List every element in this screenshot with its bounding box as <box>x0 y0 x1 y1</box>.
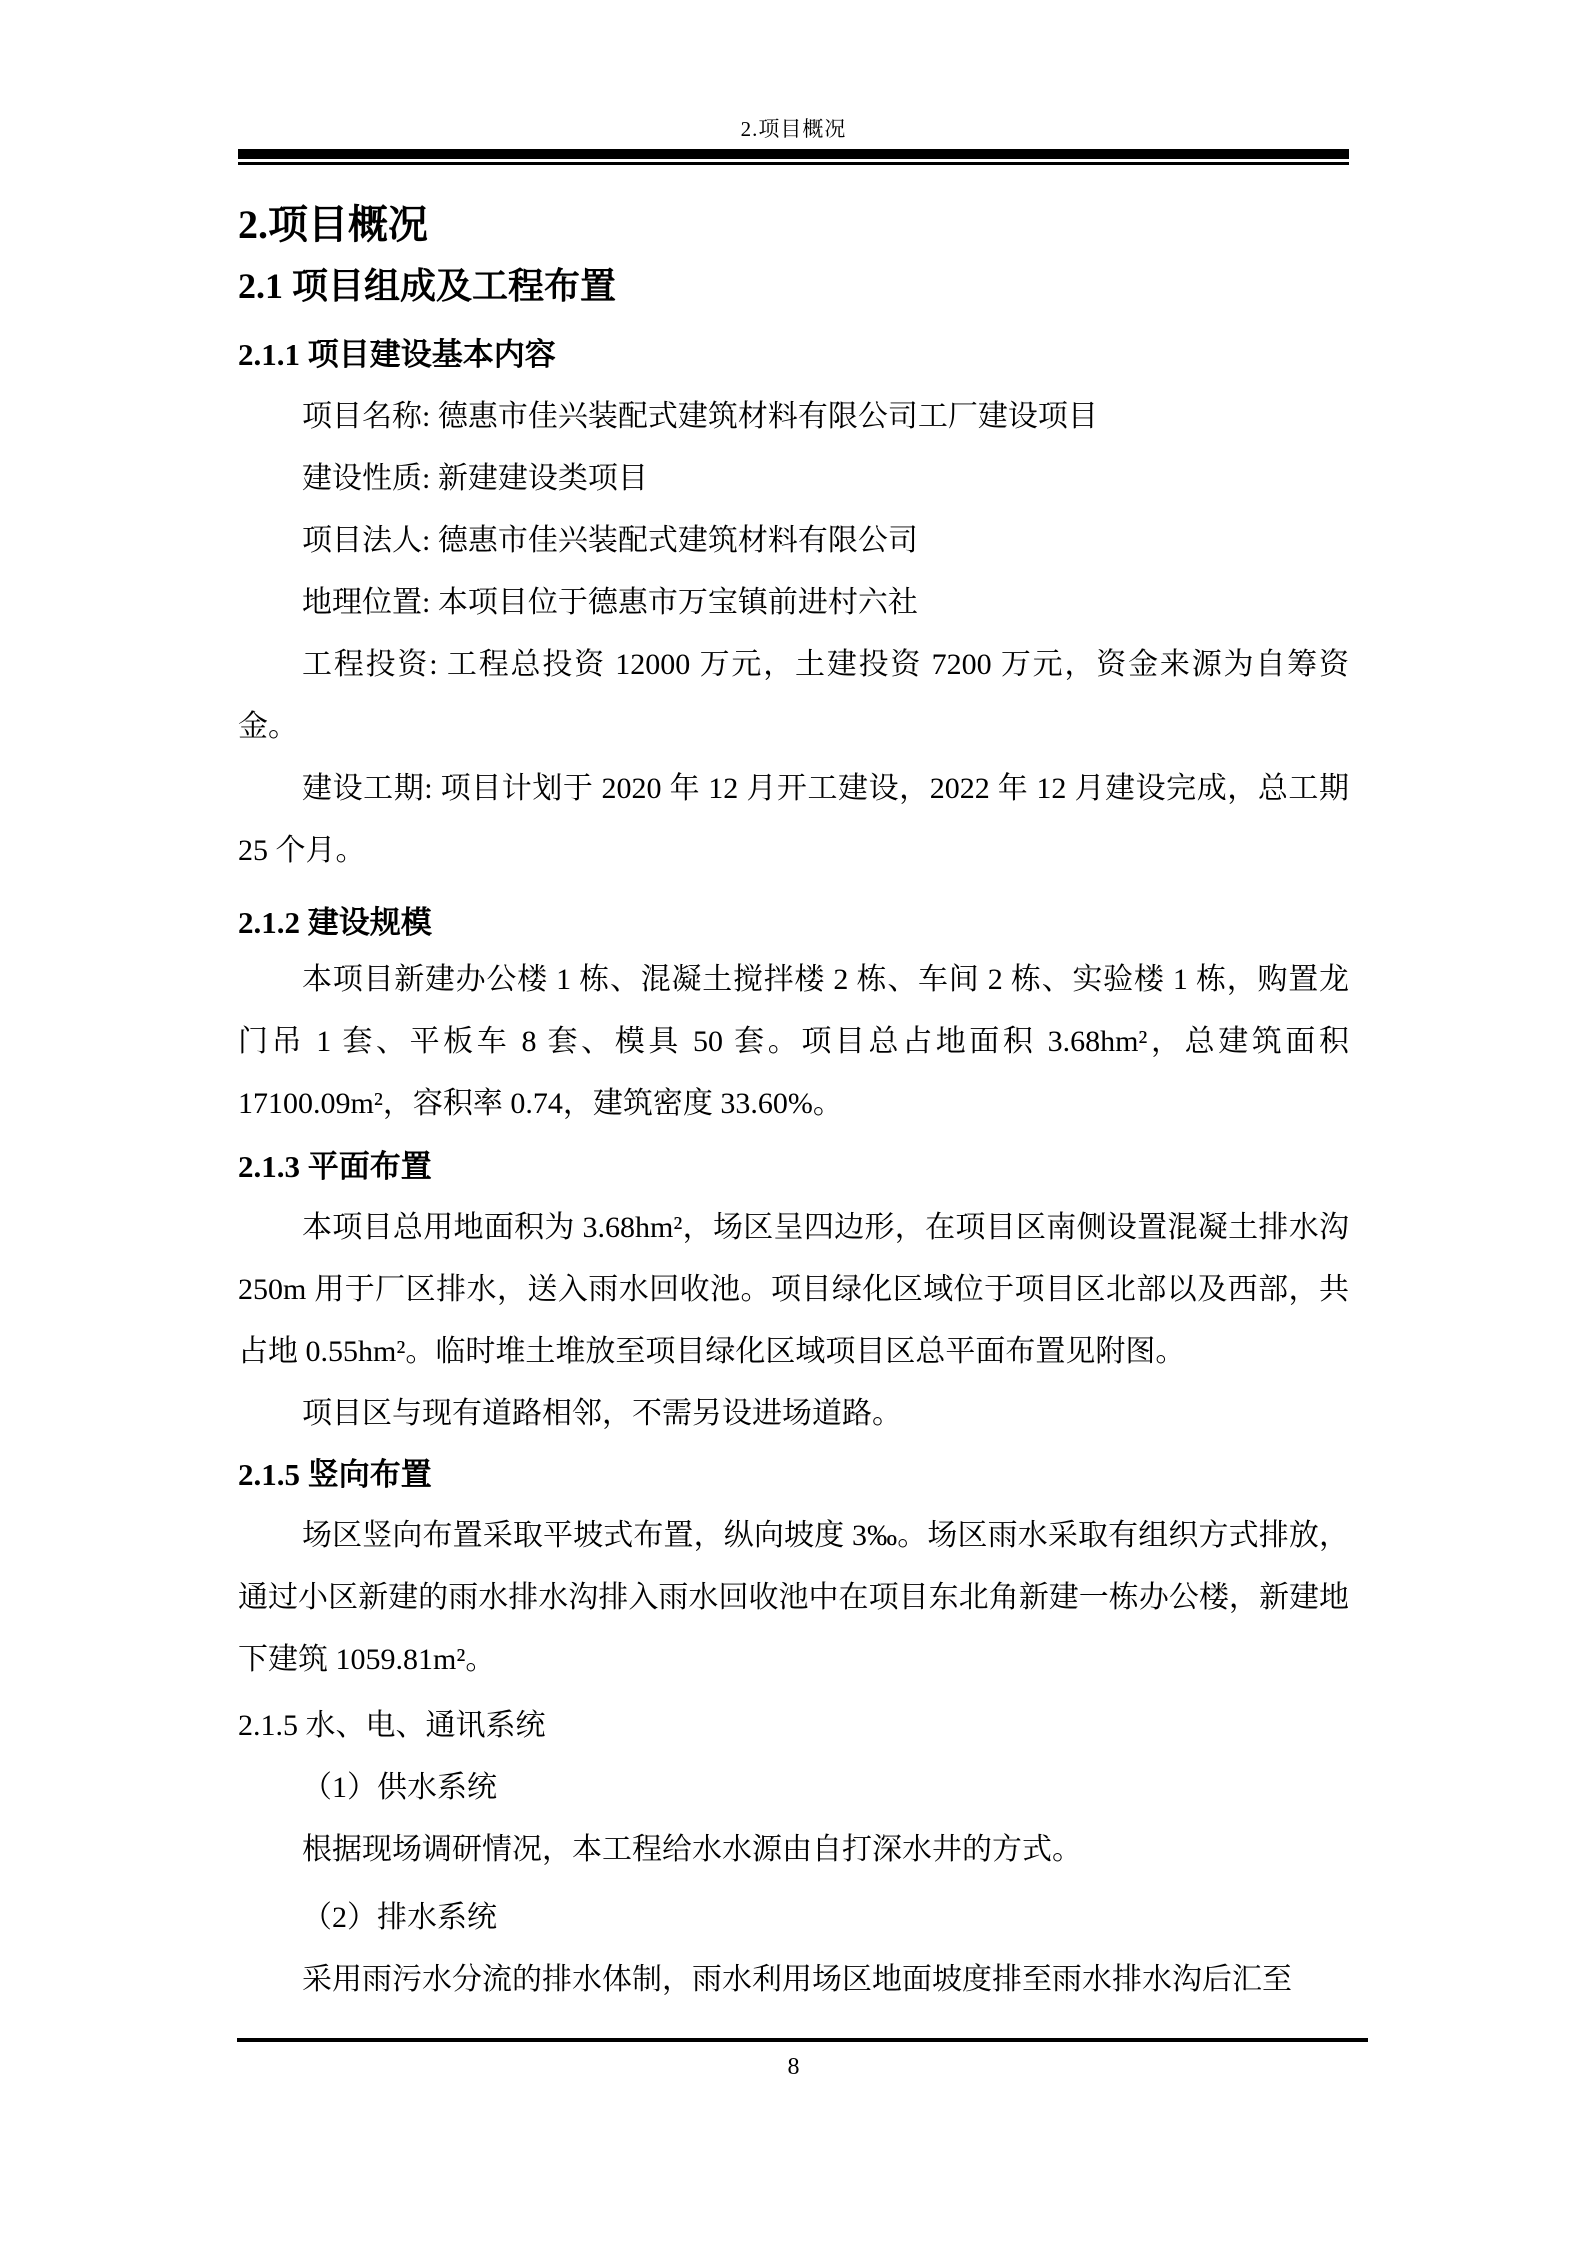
running-header: 2.项目概况 <box>238 116 1349 142</box>
body-paragraph-road-access: 项目区与现有道路相邻，不需另设进场道路。 <box>238 1383 1349 1445</box>
body-paragraph-vertical-layout: 场区竖向布置采取平坡式布置，纵向坡度 3‰。场区雨水采取有组织方式排放，通过小区… <box>238 1505 1349 1691</box>
body-paragraph-drainage-title: （2）排水系统 <box>238 1887 1349 1949</box>
section-heading: 2.1 项目组成及工程布置 <box>238 262 1349 310</box>
body-paragraph-schedule: 建设工期: 项目计划于 2020 年 12 月开工建设，2022 年 12 月建… <box>238 758 1349 882</box>
body-paragraph-project-name: 项目名称: 德惠市佳兴装配式建筑材料有限公司工厂建设项目 <box>238 386 1349 448</box>
document-page: 2.项目概况 2.项目概况 2.1 项目组成及工程布置 2.1.1 项目建设基本… <box>0 0 1587 2245</box>
body-paragraph-water-supply: 根据现场调研情况，本工程给水水源由自打深水井的方式。 <box>238 1819 1349 1881</box>
body-paragraph-water-supply-title: （1）供水系统 <box>238 1757 1349 1819</box>
page-number: 8 <box>0 2052 1587 2082</box>
header-rule-thick <box>238 149 1349 159</box>
body-paragraph-location: 地理位置: 本项目位于德惠市万宝镇前进村六社 <box>238 572 1349 634</box>
chapter-heading: 2.项目概况 <box>238 200 1349 250</box>
body-paragraph-scale: 本项目新建办公楼 1 栋、混凝土搅拌楼 2 栋、车间 2 栋、实验楼 1 栋，购… <box>238 949 1349 1135</box>
body-paragraph-plan-layout: 本项目总用地面积为 3.68hm²，场区呈四边形，在项目区南侧设置混凝土排水沟 … <box>238 1197 1349 1383</box>
body-paragraph-investment: 工程投资: 工程总投资 12000 万元，土建投资 7200 万元，资金来源为自… <box>238 634 1349 758</box>
body-paragraph-drainage: 采用雨污水分流的排水体制，雨水利用场区地面坡度排至雨水排水沟后汇至 <box>238 1949 1349 2011</box>
subsection-heading-215-vertical: 2.1.5 竖向布置 <box>238 1455 1349 1495</box>
header-rule-thin <box>238 162 1349 165</box>
body-paragraph-legal-person: 项目法人: 德惠市佳兴装配式建筑材料有限公司 <box>238 510 1349 572</box>
subsection-heading-212: 2.1.2 建设规模 <box>238 903 1349 943</box>
subsection-heading-213: 2.1.3 平面布置 <box>238 1147 1349 1187</box>
subsection-heading-211: 2.1.1 项目建设基本内容 <box>238 335 1349 375</box>
body-paragraph-construction-nature: 建设性质: 新建建设类项目 <box>238 448 1349 510</box>
subsection-heading-215-utilities: 2.1.5 水、电、通讯系统 <box>238 1695 1349 1757</box>
footer-rule <box>237 2038 1368 2042</box>
